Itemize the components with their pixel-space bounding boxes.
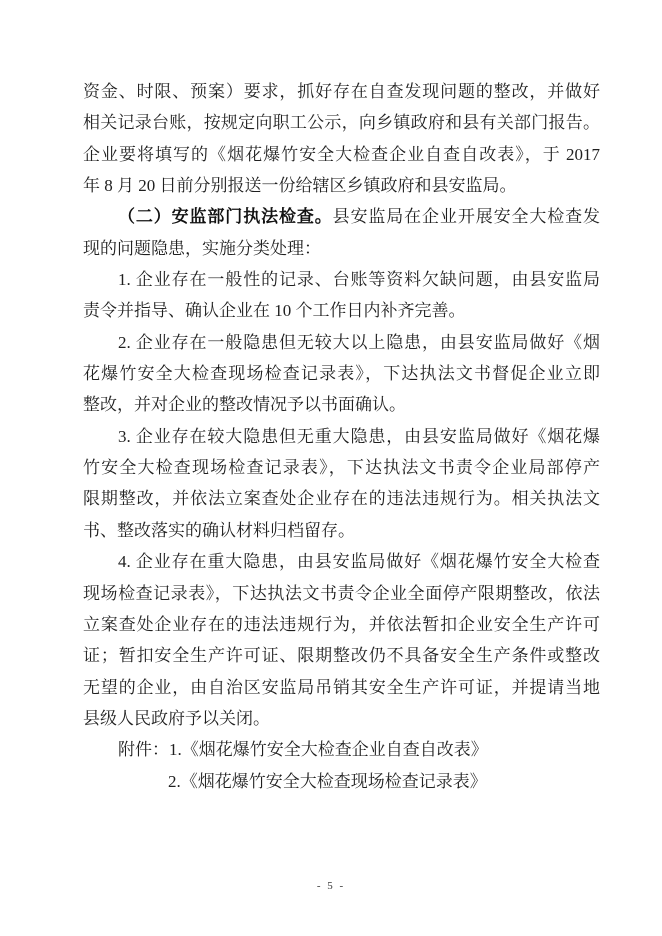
text-line: 企业要将填写的《烟花爆竹安全大检查企业自查自改表》，于 2017	[83, 139, 600, 170]
text-line: 县级人民政府予以关闭。	[83, 703, 600, 734]
list-item-3-line: 3. 企业存在较大隐患但无重大隐患，由县安监局做好《烟花爆	[83, 421, 600, 452]
text-line: 相关记录台账，按规定向职工公示，向乡镇政府和县有关部门报告。	[83, 107, 600, 138]
text-line: 立案查处企业存在的违法违规行为，并依法暂扣企业安全生产许可	[83, 609, 600, 640]
text-line: 花爆竹安全大检查现场检查记录表》，下达执法文书督促企业立即	[83, 358, 600, 389]
text-line: 无望的企业，由自治区安监局吊销其安全生产许可证，并提请当地	[83, 672, 600, 703]
list-item-4-line: 4. 企业存在重大隐患，由县安监局做好《烟花爆竹安全大检查	[83, 546, 600, 577]
section-heading: （二）安监部门执法检查。	[118, 207, 333, 226]
document-page: 资金、时限、预案）要求，抓好存在自查发现问题的整改，并做好 相关记录台账，按规定…	[0, 0, 662, 936]
text-line: 年 8 月 20 日前分别报送一份给辖区乡镇政府和县安监局。	[83, 170, 600, 201]
attachment-line: 2.《烟花爆竹安全大检查现场检查记录表》	[83, 766, 600, 797]
document-body: 资金、时限、预案）要求，抓好存在自查发现问题的整改，并做好 相关记录台账，按规定…	[83, 76, 600, 797]
page-number: - 5 -	[0, 880, 662, 892]
text-line: 限期整改，并依法立案查处企业存在的违法违规行为。相关执法文	[83, 483, 600, 514]
text-line: 资金、时限、预案）要求，抓好存在自查发现问题的整改，并做好	[83, 76, 600, 107]
list-item-2-line: 2. 企业存在一般隐患但无较大以上隐患，由县安监局做好《烟	[83, 327, 600, 358]
text-line: 现场检查记录表》，下达执法文书责令企业全面停产限期整改，依法	[83, 578, 600, 609]
text-line: 责令并指导、确认企业在 10 个工作日内补齐完善。	[83, 295, 600, 326]
attachment-line: 附件：1.《烟花爆竹安全大检查企业自查自改表》	[83, 734, 600, 765]
text-line: 整改，并对企业的整改情况予以书面确认。	[83, 389, 600, 420]
text-line: 书、整改落实的确认材料归档留存。	[83, 515, 600, 546]
list-item-1-line: 1. 企业存在一般性的记录、台账等资料欠缺问题，由县安监局	[83, 264, 600, 295]
text-line: 证；暂扣安全生产许可证、限期整改仍不具备安全生产条件或整改	[83, 640, 600, 671]
text-line: 现的问题隐患，实施分类处理：	[83, 233, 600, 264]
section-heading-line: （二）安监部门执法检查。县安监局在企业开展安全大检查发	[83, 201, 600, 232]
text-line: 竹安全大检查现场检查记录表》，下达执法文书责令企业局部停产	[83, 452, 600, 483]
section-heading-continuation: 县安监局在企业开展安全大检查发	[333, 207, 600, 226]
